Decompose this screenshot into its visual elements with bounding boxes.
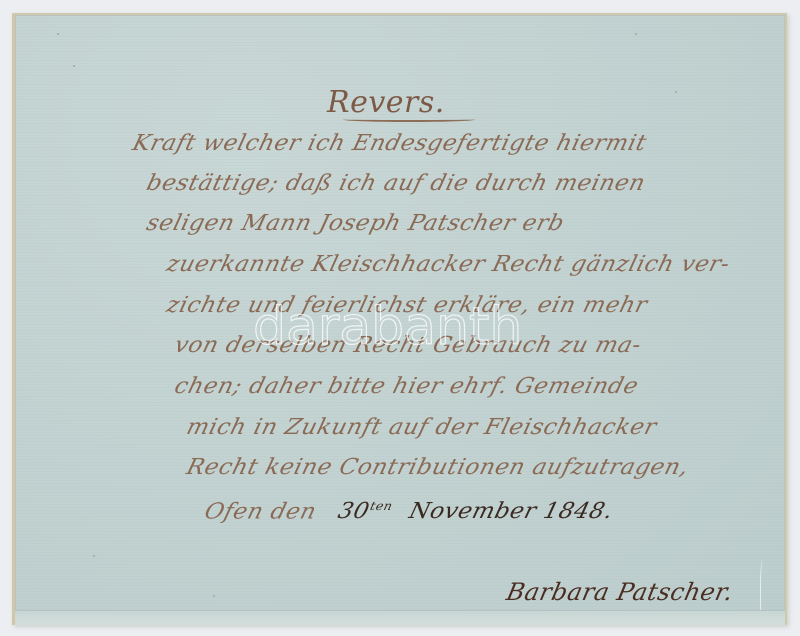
date-month-year: November 1848. xyxy=(406,499,615,524)
date-day: 30 xyxy=(335,499,372,524)
paper-speck xyxy=(213,595,215,597)
title-underline xyxy=(343,117,475,122)
paper-speck xyxy=(73,65,75,67)
document-sheet: Revers. Kraft welcher ich Endesgefertigt… xyxy=(12,13,787,625)
document-title: Revers. xyxy=(327,85,445,120)
paper-speck xyxy=(57,33,59,35)
text-line-4: zuerkannte Kleischhacker Recht gänzlich … xyxy=(164,252,733,277)
text-line-2: bestättige; daß ich auf die durch meinen xyxy=(144,171,648,196)
paper-bottom-edge xyxy=(15,610,785,625)
paper-speck xyxy=(93,555,95,557)
date-line: Ofen den 30ten November 1848. xyxy=(202,499,616,524)
text-line-8: mich in Zukunft auf der Fleischhacker xyxy=(184,415,659,440)
date-day-suffix: ten xyxy=(369,499,395,513)
text-line-1: Kraft welcher ich Endesgefertigte hiermi… xyxy=(130,131,649,156)
text-line-3: seligen Mann Joseph Patscher erb xyxy=(144,211,567,236)
date-place: Ofen den xyxy=(202,499,319,524)
paper-speck xyxy=(635,33,637,35)
text-line-7: chen; daher bitte hier ehrf. Gemeinde xyxy=(172,374,641,399)
photo-background: Revers. Kraft welcher ich Endesgefertigt… xyxy=(0,0,800,636)
signature: Barbara Patscher. xyxy=(504,578,736,606)
text-line-9: Recht keine Contributionen aufzutragen, xyxy=(184,455,691,480)
paper-speck xyxy=(675,91,677,93)
watermark: darabanth xyxy=(253,297,522,357)
